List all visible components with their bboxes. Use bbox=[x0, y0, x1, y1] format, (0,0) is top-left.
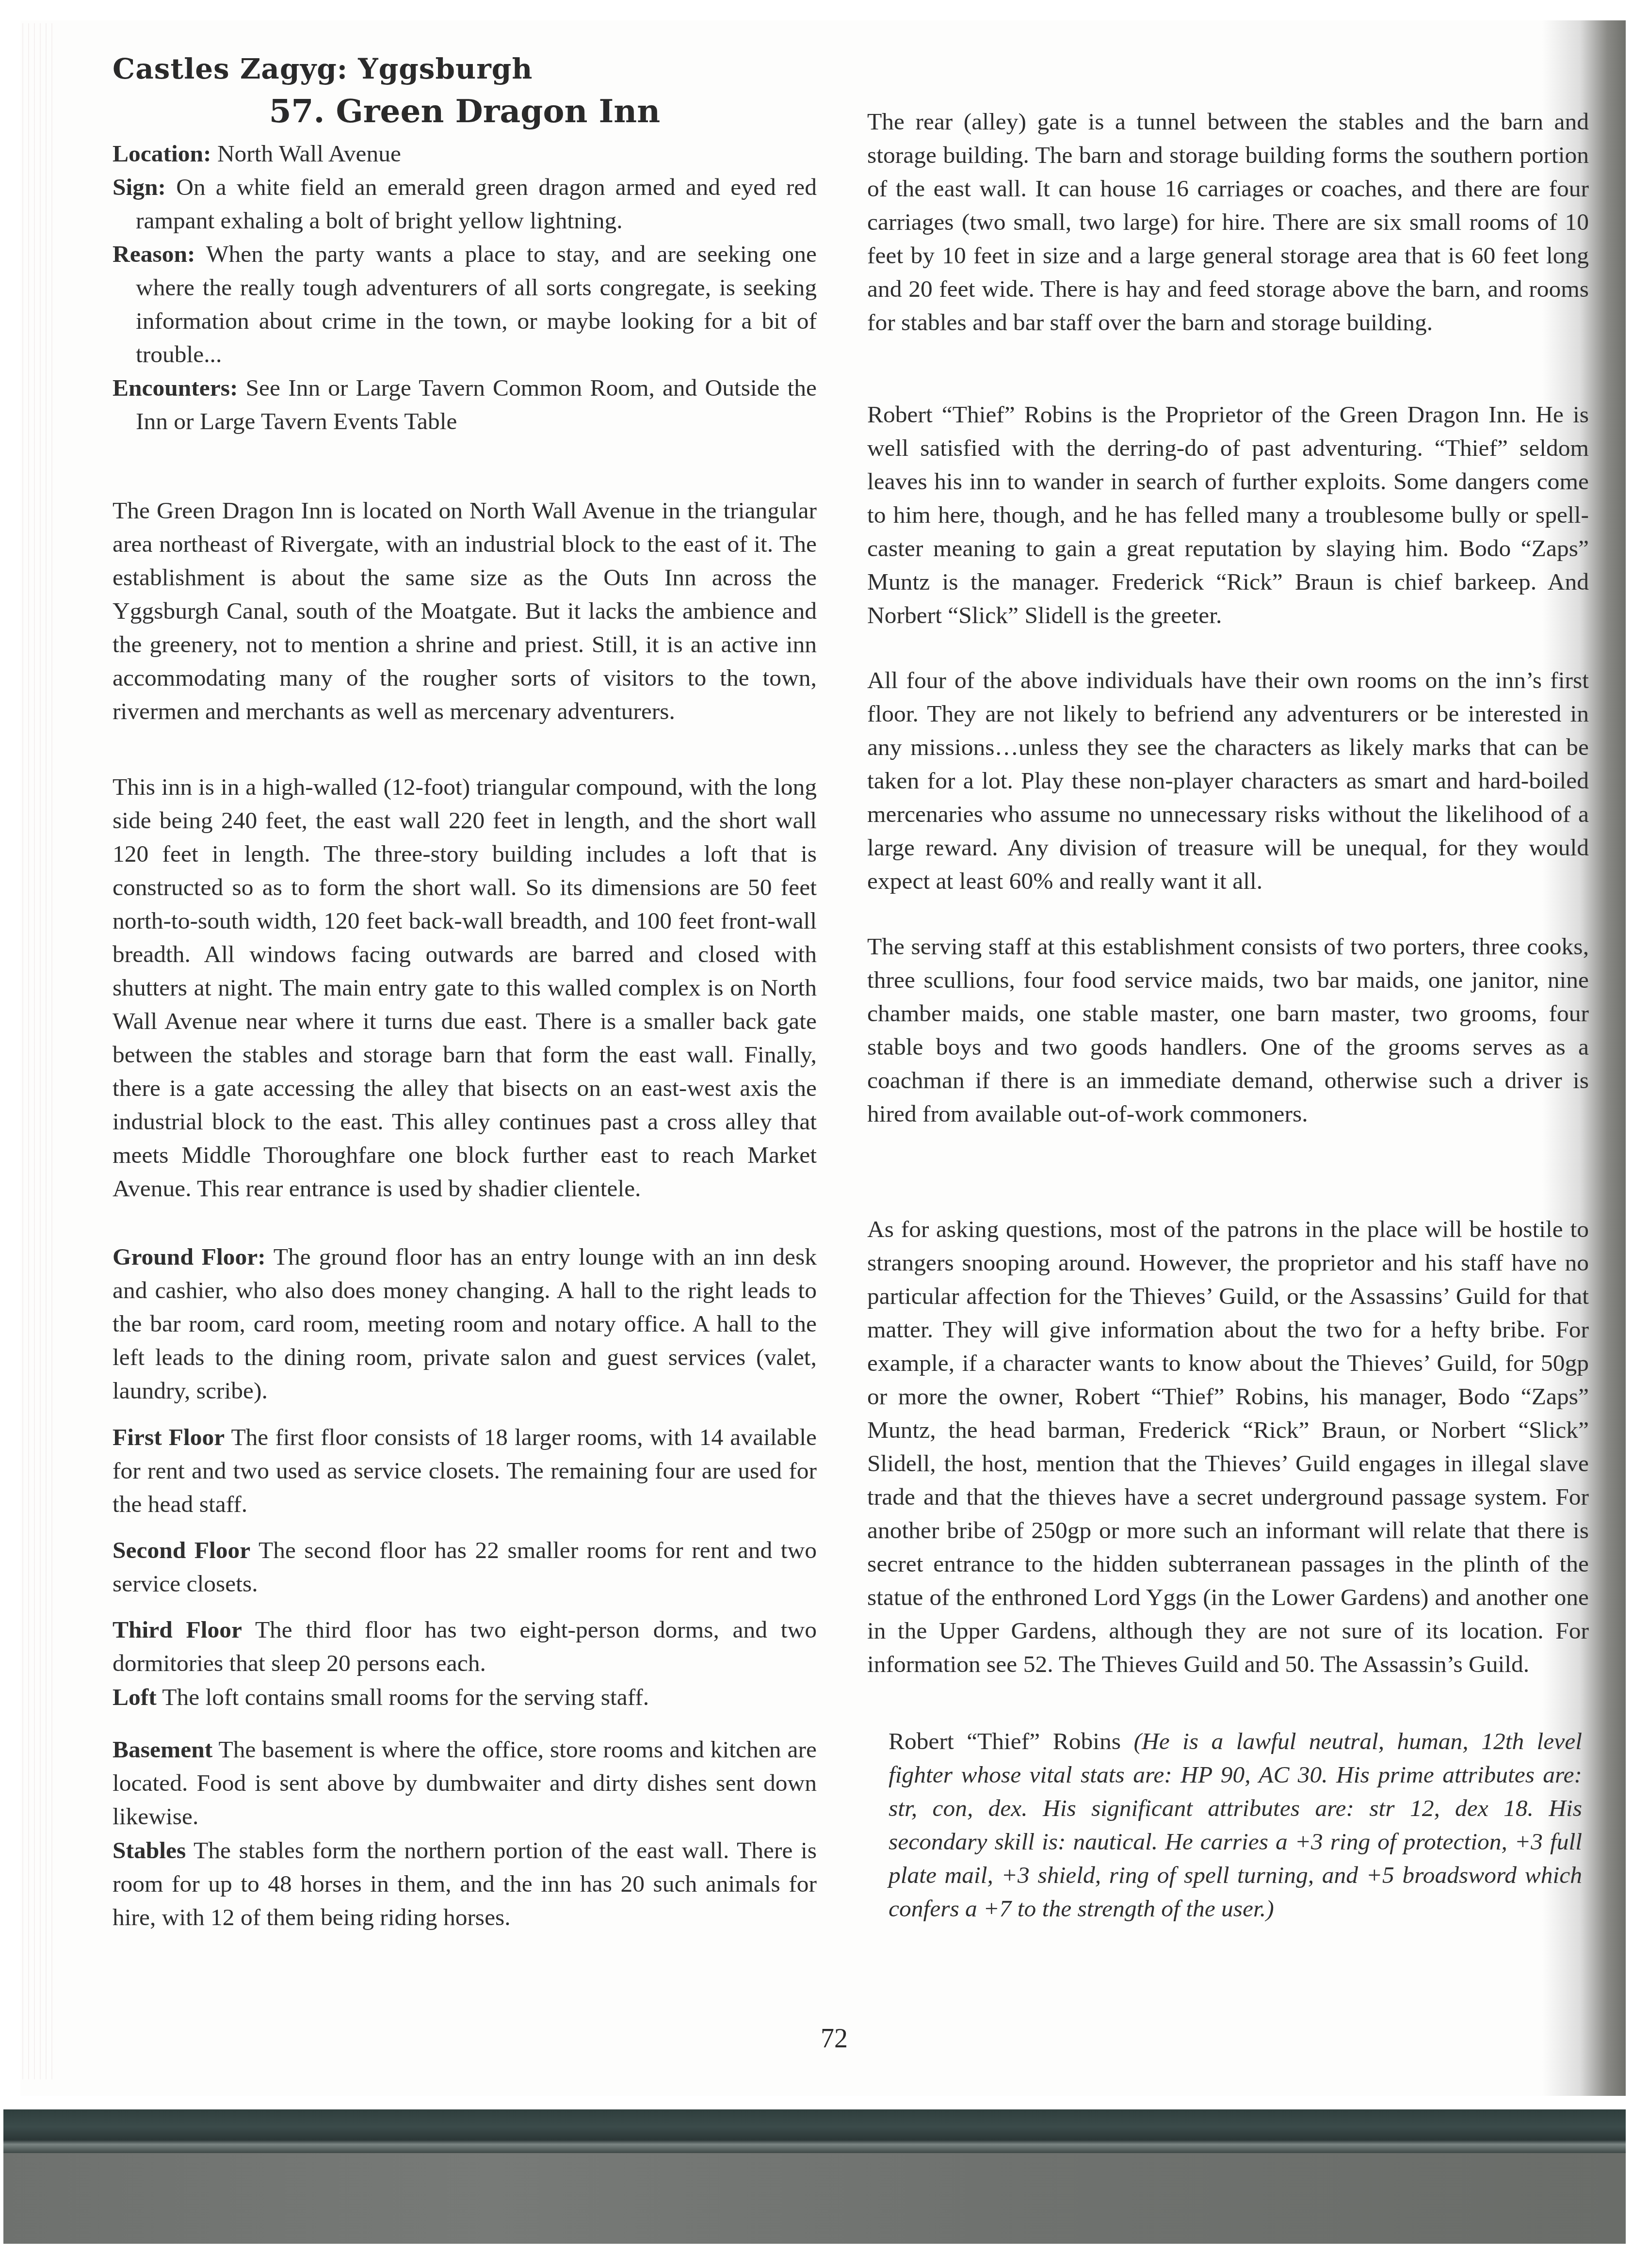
floor-label: Ground Floor: bbox=[113, 1243, 266, 1270]
scanner-band bbox=[3, 2109, 1626, 2153]
meta-text: When the party wants a place to stay, an… bbox=[136, 241, 817, 368]
floor-label: Third Floor bbox=[113, 1616, 242, 1643]
barn-paragraph: The rear (alley) gate is a tunnel betwee… bbox=[867, 105, 1589, 339]
meta-label: Sign: bbox=[113, 174, 166, 200]
floor-label: Second Floor bbox=[113, 1537, 250, 1563]
meta-encounters: Encounters: See Inn or Large Tavern Comm… bbox=[113, 371, 817, 438]
meta-text: See Inn or Large Tavern Common Room, and… bbox=[136, 374, 817, 434]
meta-label: Location: bbox=[113, 140, 211, 167]
floor-second: Second Floor The second floor has 22 sma… bbox=[113, 1533, 817, 1600]
floor-label: First Floor bbox=[113, 1424, 225, 1450]
intro-paragraph-1: The Green Dragon Inn is located on North… bbox=[113, 494, 817, 728]
npc-stats: (He is a lawful neutral, human, 12th lev… bbox=[889, 1728, 1582, 1922]
running-head: Castles Zagyg: Yggsburgh bbox=[113, 52, 533, 85]
floor-third: Third Floor The third floor has two eigh… bbox=[113, 1613, 817, 1680]
floor-ground: Ground Floor: The ground floor has an en… bbox=[113, 1240, 817, 1407]
section-name: Green Dragon Inn bbox=[336, 92, 660, 130]
floor-label: Basement bbox=[113, 1736, 212, 1763]
staff-rooms-paragraph: All four of the above individuals have t… bbox=[867, 663, 1589, 898]
npc-name: Robert “Thief” Robins bbox=[889, 1728, 1121, 1754]
section-title: 57. Green Dragon Inn bbox=[113, 92, 817, 130]
meta-reason: Reason: When the party wants a place to … bbox=[113, 237, 817, 371]
npc-statblock: Robert “Thief” Robins (He is a lawful ne… bbox=[889, 1724, 1582, 1925]
meta-label: Encounters: bbox=[113, 374, 238, 401]
floor-label: Stables bbox=[113, 1837, 186, 1864]
floor-label: Loft bbox=[113, 1684, 157, 1710]
meta-text: North Wall Avenue bbox=[217, 140, 401, 167]
floor-stables: Stables The stables form the northern po… bbox=[113, 1834, 817, 1934]
page-number: 72 bbox=[805, 2023, 863, 2054]
proprietor-paragraph: Robert “Thief” Robins is the Proprietor … bbox=[867, 398, 1589, 632]
questions-paragraph: As for asking questions, most of the pat… bbox=[867, 1212, 1589, 1681]
meta-label: Reason: bbox=[113, 241, 195, 267]
intro-paragraph-2: This inn is in a high-walled (12-foot) t… bbox=[113, 770, 817, 1205]
floor-text: The stables form the northern portion of… bbox=[113, 1837, 817, 1930]
floor-basement: Basement The basement is where the offic… bbox=[113, 1733, 817, 1833]
meta-sign: Sign: On a white field an emerald green … bbox=[113, 170, 817, 237]
page-edge-lines bbox=[22, 23, 54, 2079]
floor-loft: Loft The loft contains small rooms for t… bbox=[113, 1680, 817, 1714]
serving-staff-paragraph: The serving staff at this establishment … bbox=[867, 930, 1589, 1130]
location-meta: Location: North Wall Avenue Sign: On a w… bbox=[113, 137, 817, 438]
floor-text: The basement is where the office, store … bbox=[113, 1736, 817, 1830]
meta-text: On a white field an emerald green dragon… bbox=[136, 174, 817, 234]
scanner-bed bbox=[3, 2153, 1626, 2244]
floor-text: The loft contains small rooms for the se… bbox=[162, 1684, 649, 1710]
meta-location: Location: North Wall Avenue bbox=[113, 137, 817, 170]
section-number: 57. bbox=[269, 92, 325, 130]
floor-first: First Floor The first floor consists of … bbox=[113, 1420, 817, 1521]
